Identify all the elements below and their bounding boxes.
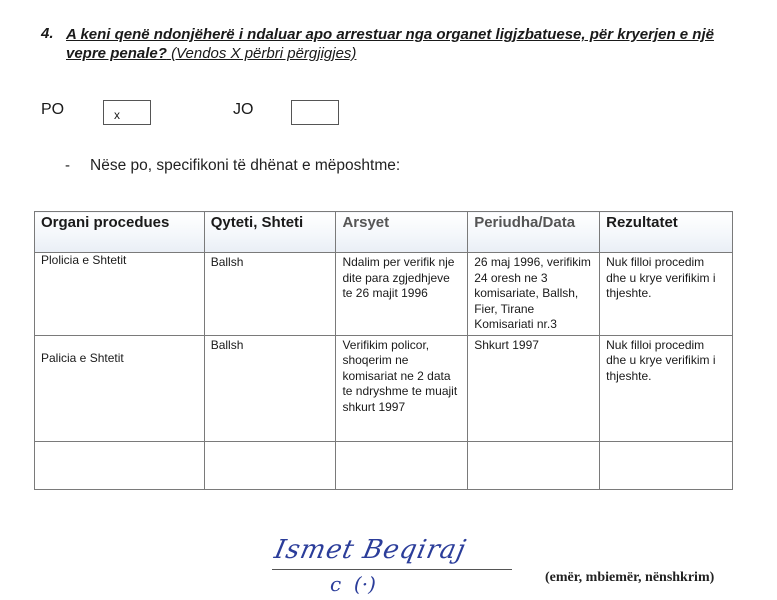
table-row: Plolicia e Shtetit Ballsh Ndalim per ver… xyxy=(35,253,733,336)
table-row xyxy=(35,441,733,489)
cell-qyteti[interactable] xyxy=(204,441,336,489)
cell-arsyet[interactable] xyxy=(336,441,468,489)
signature-flourish: c (·) xyxy=(330,572,376,596)
header-organi: Organi procedues xyxy=(35,212,205,253)
cell-rezultatet[interactable]: Nuk filloi procedim dhe u krye verifikim… xyxy=(600,335,733,441)
cell-periudha[interactable]: 26 maj 1996, verifikim 24 oresh ne 3 kom… xyxy=(468,253,600,336)
question-number: 4. xyxy=(41,25,54,42)
cell-organi[interactable]: Palicia e Shtetit xyxy=(35,335,205,441)
cell-rezultatet[interactable]: Nuk filloi procedim dhe u krye verifikim… xyxy=(600,253,733,336)
cell-qyteti[interactable]: Ballsh xyxy=(204,335,336,441)
cell-rezultatet[interactable] xyxy=(600,441,733,489)
cell-qyteti[interactable]: Ballsh xyxy=(204,253,336,336)
table-header-row: Organi procedues Qyteti, Shteti Arsyet P… xyxy=(35,212,733,253)
header-arsyet: Arsyet xyxy=(336,212,468,253)
cell-organi[interactable] xyxy=(35,441,205,489)
instruction-text: Nëse po, specifikoni të dhënat e mëposht… xyxy=(90,157,400,175)
header-rezultatet: Rezultatet xyxy=(600,212,733,253)
table-row: Palicia e Shtetit Ballsh Verifikim polic… xyxy=(35,335,733,441)
cell-periudha[interactable]: Shkurt 1997 xyxy=(468,335,600,441)
cell-arsyet[interactable]: Verifikim policor, shoqerim ne komisaria… xyxy=(336,335,468,441)
question-main: A keni qenë ndonjëherë i ndaluar apo arr… xyxy=(66,26,714,62)
no-checkbox[interactable] xyxy=(291,100,339,125)
cell-organi[interactable]: Plolicia e Shtetit xyxy=(35,253,205,336)
cell-periudha[interactable] xyxy=(468,441,600,489)
records-table: Organi procedues Qyteti, Shteti Arsyet P… xyxy=(34,211,733,490)
header-qyteti: Qyteti, Shteti xyxy=(204,212,336,253)
header-periudha: Periudha/Data xyxy=(468,212,600,253)
yes-checkbox[interactable]: x xyxy=(103,100,151,125)
signature-line xyxy=(272,569,512,570)
no-label: JO xyxy=(233,101,253,119)
handwritten-signature: Ismet Beqiraj xyxy=(272,535,469,565)
yes-label: PO xyxy=(41,101,64,119)
question-text: A keni qenë ndonjëherë i ndaluar apo arr… xyxy=(66,25,746,63)
signature-caption: (emër, mbiemër, nënshkrim) xyxy=(545,570,714,586)
cell-arsyet[interactable]: Ndalim per verifik nje dite para zgjedhj… xyxy=(336,253,468,336)
question-hint: (Vendos X përbri përgjigjes) xyxy=(171,45,356,62)
bullet-dash: - xyxy=(65,157,70,174)
